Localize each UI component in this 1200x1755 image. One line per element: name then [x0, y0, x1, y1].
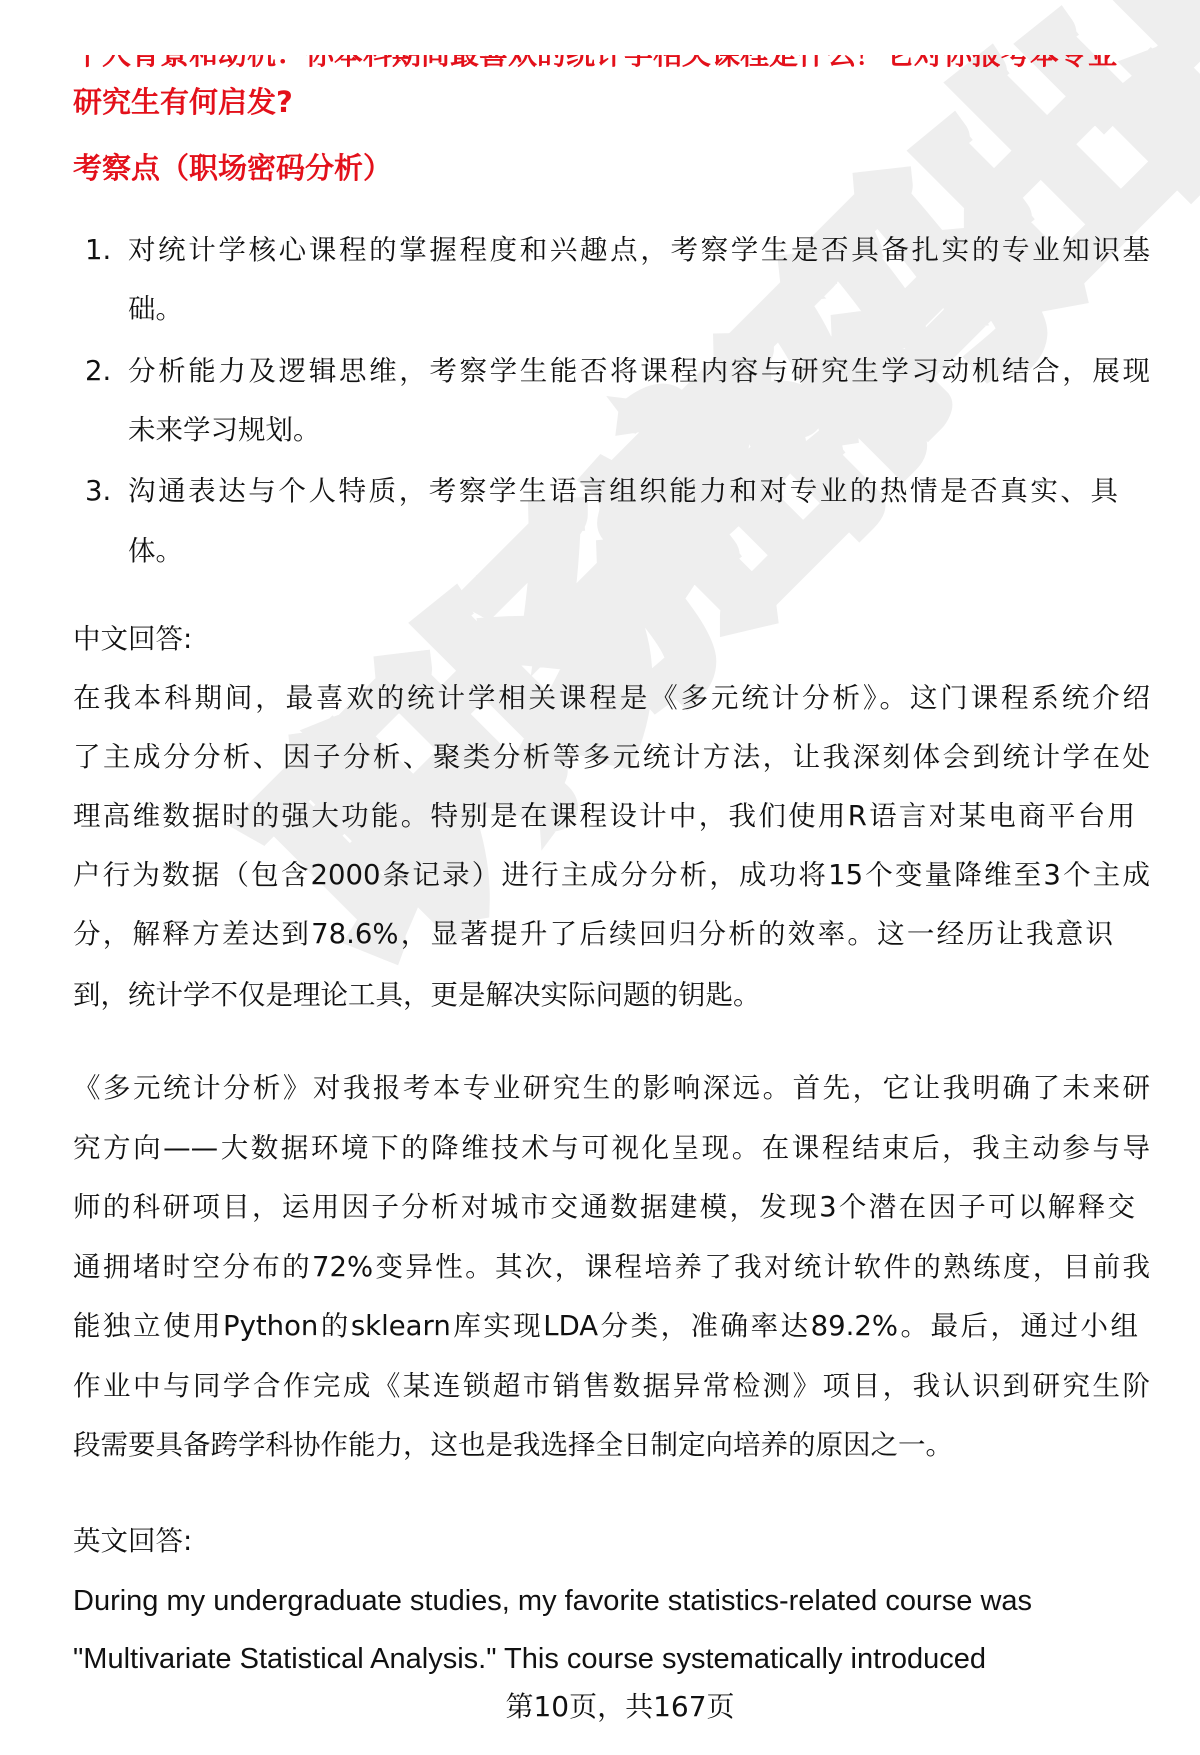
english-answer-label: 英文回答: — [73, 1528, 192, 1556]
question-line-clipped: 个人背景和动机：你本科期间最喜欢的统计学相关课程是什么？它对你报考本专业 — [0, 55, 1200, 75]
list-item-number: 2. — [85, 358, 111, 386]
paragraph-line: 作业中与同学合作完成《某连锁超市销售数据异常检测》项目，我认识到研究生阶 — [73, 1373, 1150, 1401]
paragraph-line: 了主成分分析、因子分析、聚类分析等多元统计方法，让我深刻体会到统计学在处 — [73, 744, 1150, 772]
english-answer-line: "Multivariate Statistical Analysis." Thi… — [73, 1645, 986, 1674]
paragraph-line: 师的科研项目，运用因子分析对城市交通数据建模，发现3个潜在因子可以解释交 — [73, 1194, 1135, 1222]
paragraph-line: 究方向——大数据环境下的降维技术与可视化呈现。在课程结束后，我主动参与导 — [73, 1135, 1150, 1163]
list-item-number: 1. — [85, 237, 111, 265]
paragraph-line: 户行为数据（包含2000条记录）进行主成分分析，成功将15个变量降维至3个主成 — [73, 862, 1150, 890]
paragraph-line: 在我本科期间，最喜欢的统计学相关课程是《多元统计分析》。这门课程系统介绍 — [73, 685, 1150, 713]
list-item-text: 未来学习规划。 — [128, 417, 321, 445]
paragraph-line: 分，解释方差达到78.6%，显著提升了后续回归分析的效率。这一经历让我意识 — [73, 921, 1113, 949]
chinese-answer-label: 中文回答: — [73, 626, 192, 654]
list-item-text: 沟通表达与个人特质，考察学生语言组织能力和对专业的热情是否真实、具 — [128, 478, 1118, 506]
english-answer-line: During my undergraduate studies, my favo… — [73, 1587, 1032, 1616]
paragraph-line: 《多元统计分析》对我报考本专业研究生的影响深远。首先，它让我明确了未来研 — [73, 1075, 1150, 1103]
list-item-text: 分析能力及逻辑思维，考察学生能否将课程内容与研究生学习动机结合，展现 — [128, 358, 1150, 386]
question-line1: 个人背景和动机：你本科期间最喜欢的统计学相关课程是什么？它对你报考本专业 — [73, 55, 1117, 69]
list-item-text: 础。 — [128, 296, 183, 324]
paragraph-line: 到，统计学不仅是理论工具，更是解决实际问题的钥匙。 — [73, 982, 761, 1010]
paragraph-line: 能独立使用Python的sklearn库实现LDA分类，准确率达89.2%。最后… — [73, 1313, 1138, 1341]
list-item-text: 体。 — [128, 538, 183, 566]
question-line2: 研究生有何启发? — [73, 88, 293, 117]
assessment-heading: 考察点（职场密码分析） — [73, 154, 392, 183]
paragraph-line: 通拥堵时空分布的72%变异性。其次，课程培养了我对统计软件的熟练度，目前我 — [73, 1254, 1150, 1282]
paragraph-line: 理高维数据时的强大功能。特别是在课程设计中，我们使用R语言对某电商平台用 — [73, 803, 1135, 831]
paragraph-line: 段需要具备跨学科协作能力，这也是我选择全日制定向培养的原因之一。 — [73, 1432, 953, 1460]
list-item-text: 对统计学核心课程的掌握程度和兴趣点，考察学生是否具备扎实的专业知识基 — [128, 237, 1150, 265]
page-indicator: 第10页，共167页 — [0, 1693, 1200, 1721]
list-item-number: 3. — [85, 478, 111, 506]
